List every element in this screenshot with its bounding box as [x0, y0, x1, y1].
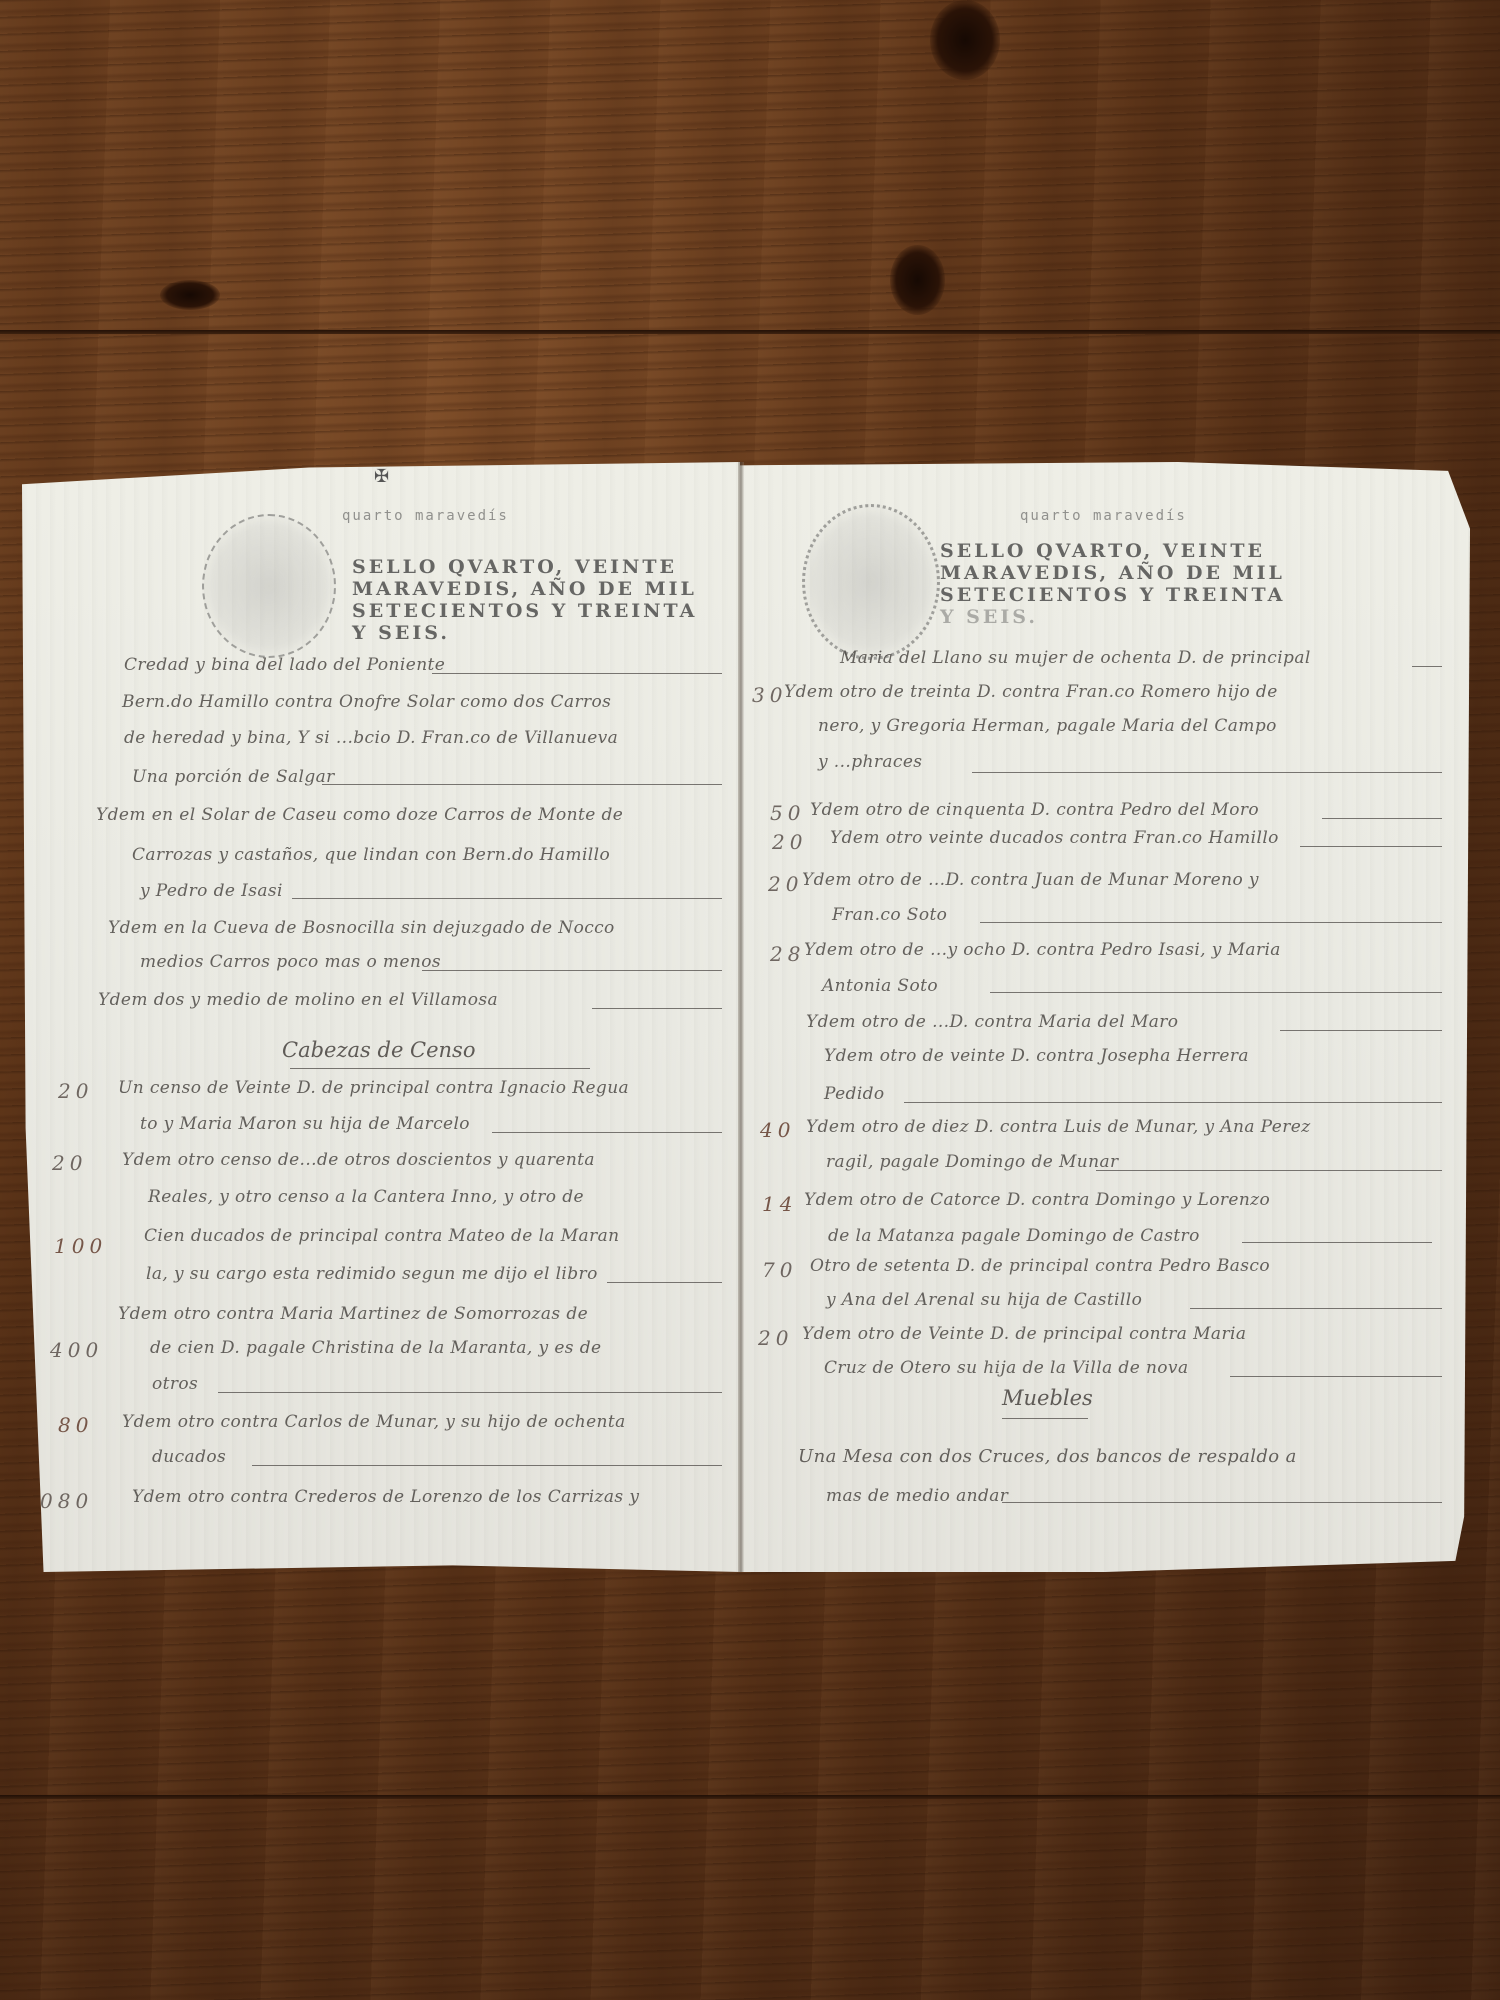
margin-amount: 080	[40, 1489, 93, 1513]
manuscript-line: Ydem otro veinte ducados contra Fran.co …	[830, 828, 1279, 848]
manuscript-line: Cien ducados de principal contra Mateo d…	[144, 1226, 620, 1246]
line-rule	[1300, 846, 1442, 847]
manuscript-line: Cruz de Otero su hija de la Villa de nov…	[824, 1358, 1188, 1378]
manuscript-line: Ydem otro contra Crederos de Lorenzo de …	[132, 1487, 639, 1507]
manuscript-line: Un censo de Veinte D. de principal contr…	[118, 1078, 629, 1098]
manuscript-line: de cien D. pagale Christina de la Marant…	[150, 1338, 601, 1358]
line-rule	[1096, 1170, 1442, 1171]
line-rule	[422, 970, 722, 971]
manuscript-line: otros	[152, 1374, 198, 1394]
manuscript-line: Reales, y otro censo a la Cantera Inno, …	[148, 1187, 584, 1207]
manuscript-line: Ydem otro censo de...de otros doscientos…	[122, 1150, 595, 1170]
margin-amount: 20	[768, 872, 803, 896]
line-rule	[1190, 1308, 1442, 1309]
margin-amount: 70	[762, 1258, 797, 1282]
table-plank-seam	[0, 1795, 1500, 1799]
line-rule	[1412, 666, 1442, 667]
manuscript-line: Maria del Llano su mujer de ochenta D. d…	[840, 648, 1311, 668]
line-rule	[492, 1132, 722, 1133]
margin-amount: 20	[58, 1079, 93, 1103]
left-page: ✠ quarto maravedís Sello qvarto, veinte …	[22, 462, 740, 1572]
royal-seal-icon	[202, 514, 336, 658]
manuscript-line: Ydem otro de veinte D. contra Josepha He…	[824, 1046, 1249, 1066]
margin-amount: 20	[772, 830, 807, 854]
margin-amount: 30	[752, 683, 787, 707]
stamped-paper-header: Sello qvarto, veinte maravedis, año de m…	[352, 556, 697, 644]
stamped-paper-header: Sello qvarto, veinte maravedis, año de m…	[940, 540, 1285, 628]
manuscript-line: la, y su cargo esta redimido segun me di…	[146, 1264, 598, 1284]
manuscript-line: Ydem otro de ...D. contra Maria del Maro	[806, 1012, 1178, 1032]
manuscript-line: Una porción de Salgar	[132, 767, 335, 787]
line-rule	[972, 772, 1442, 773]
manuscript-line: Ydem dos y medio de molino en el Villamo…	[98, 990, 498, 1010]
manuscript-line: Carrozas y castaños, que lindan con Bern…	[132, 845, 610, 865]
manuscript-line: Una Mesa con dos Cruces, dos bancos de r…	[798, 1446, 1297, 1467]
stamp-header-small: quarto maravedís	[342, 508, 509, 524]
margin-amount: 28	[770, 942, 805, 966]
manuscript-line: to y Maria Maron su hija de Marcelo	[140, 1114, 470, 1134]
manuscript-line: Otro de setenta D. de principal contra P…	[810, 1256, 1270, 1276]
section-heading-censos: Cabezas de Censo	[282, 1038, 475, 1062]
manuscript-line: Antonia Soto	[822, 976, 938, 996]
right-page: quarto maravedís Sello qvarto, veinte ma…	[740, 462, 1470, 1572]
manuscript-line: Ydem otro de Veinte D. de principal cont…	[802, 1324, 1246, 1344]
line-rule	[432, 673, 722, 674]
manuscript-line: Ydem otro de treinta D. contra Fran.co R…	[784, 682, 1278, 702]
manuscript-line: Credad y bina del lado del Poniente	[124, 655, 445, 675]
line-rule	[218, 1392, 722, 1393]
wood-knot	[930, 0, 1000, 80]
table-plank-seam	[0, 330, 1500, 334]
manuscript-line: ragil, pagale Domingo de Munar	[826, 1152, 1119, 1172]
manuscript-line: y Ana del Arenal su hija de Castillo	[826, 1290, 1142, 1310]
margin-amount: 100	[54, 1234, 107, 1258]
manuscript-line: de la Matanza pagale Domingo de Castro	[828, 1226, 1200, 1246]
stamp-header-small: quarto maravedís	[1020, 508, 1187, 524]
cross-mark-icon: ✠	[374, 466, 389, 487]
line-rule	[1242, 1242, 1432, 1243]
line-rule	[980, 922, 1442, 923]
heading-underline	[1002, 1418, 1088, 1419]
manuscript-line: Ydem otro de Catorce D. contra Domingo y…	[804, 1190, 1270, 1210]
manuscript-line: Fran.co Soto	[832, 905, 947, 925]
manuscript-line: Ydem otro de diez D. contra Luis de Muna…	[806, 1117, 1311, 1137]
line-rule	[252, 1465, 722, 1466]
center-fold	[738, 462, 744, 1572]
line-rule	[592, 1008, 722, 1009]
margin-amount: 40	[760, 1118, 795, 1142]
margin-amount: 50	[770, 801, 805, 825]
line-rule	[904, 1102, 1442, 1103]
margin-amount: 20	[52, 1151, 87, 1175]
heading-underline	[290, 1068, 590, 1069]
royal-seal-icon	[802, 504, 940, 660]
manuscript-line: Ydem otro contra Maria Martinez de Somor…	[118, 1304, 588, 1324]
section-heading-muebles: Muebles	[1002, 1386, 1093, 1410]
line-rule	[1322, 818, 1442, 819]
manuscript-line: Pedido	[824, 1084, 885, 1104]
manuscript-line: Bern.do Hamillo contra Onofre Solar como…	[122, 692, 611, 712]
wood-knot	[890, 245, 945, 315]
manuscript-line: Ydem otro de cinquenta D. contra Pedro d…	[810, 800, 1259, 820]
manuscript-line: Ydem otro de ...D. contra Juan de Munar …	[802, 870, 1259, 890]
manuscript-line: y Pedro de Isasi	[140, 881, 283, 901]
line-rule	[322, 784, 722, 785]
line-rule	[292, 898, 722, 899]
manuscript-line: ducados	[152, 1447, 226, 1467]
manuscript-line: Ydem otro contra Carlos de Munar, y su h…	[122, 1412, 626, 1432]
manuscript-line: nero, y Gregoria Herman, pagale Maria de…	[818, 716, 1277, 736]
margin-amount: 14	[762, 1192, 797, 1216]
manuscript-line: mas de medio andar	[826, 1486, 1008, 1506]
manuscript-document: ✠ quarto maravedís Sello qvarto, veinte …	[22, 462, 1470, 1572]
manuscript-line: medios Carros poco mas o menos	[140, 952, 441, 972]
line-rule	[990, 992, 1442, 993]
manuscript-line: de heredad y bina, Y si ...bcio D. Fran.…	[124, 728, 618, 748]
manuscript-line: Ydem en el Solar de Caseu como doze Carr…	[96, 805, 623, 825]
manuscript-line: Ydem en la Cueva de Bosnocilla sin dejuz…	[108, 918, 615, 938]
line-rule	[1230, 1376, 1442, 1377]
margin-amount: 20	[758, 1326, 793, 1350]
line-rule	[1002, 1502, 1442, 1503]
margin-amount: 80	[58, 1413, 93, 1437]
manuscript-line: Ydem otro de ...y ocho D. contra Pedro I…	[804, 940, 1281, 960]
line-rule	[1280, 1030, 1442, 1031]
wood-knot	[160, 280, 220, 310]
line-rule	[607, 1282, 722, 1283]
manuscript-line: y ...phraces	[818, 752, 922, 772]
margin-amount: 400	[50, 1338, 103, 1362]
